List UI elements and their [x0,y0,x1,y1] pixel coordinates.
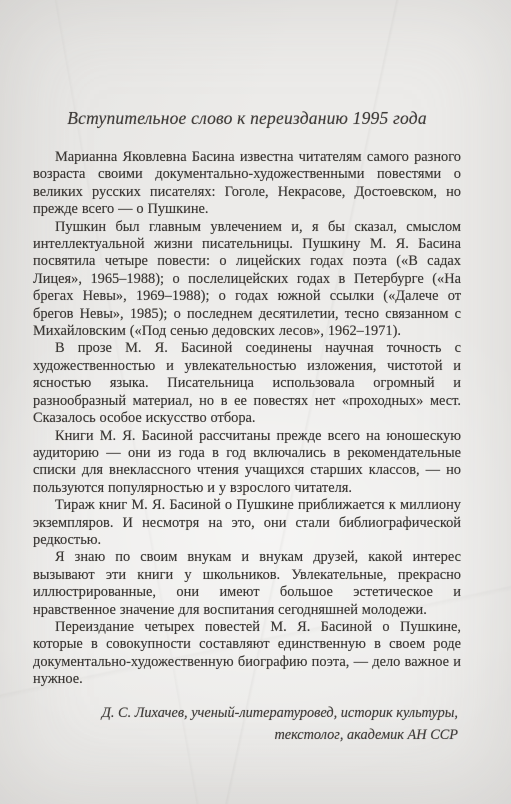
signature: Д. С. Лихачев, ученый-литературовед, ист… [33,702,461,746]
signature-line: текстолог, академик АН ССР [33,724,458,746]
paragraph: Книги М. Я. Басиной рассчитаны прежде вс… [33,428,461,498]
book-page-photo: Вступительное слово к переизданию 1995 г… [0,0,511,804]
paragraph: В прозе М. Я. Басиной соединены научная … [33,340,461,427]
signature-line: Д. С. Лихачев, ученый-литературовед, ист… [33,702,458,724]
paragraph: Тираж книг М. Я. Басиной о Пушкине прибл… [33,497,461,549]
paragraph: Переиздание четырех повестей М. Я. Басин… [33,619,461,689]
paragraph: Марианна Яковлевна Басина известна читат… [33,149,461,219]
page-content: Вступительное слово к переизданию 1995 г… [33,106,461,746]
paragraph: Пушкин был главным увлечением и, я бы ск… [33,219,461,341]
body-text: Марианна Яковлевна Басина известна читат… [33,149,461,689]
section-title: Вступительное слово к переизданию 1995 г… [33,106,461,130]
paragraph: Я знаю по своим внукам и внукам друзей, … [33,549,461,619]
